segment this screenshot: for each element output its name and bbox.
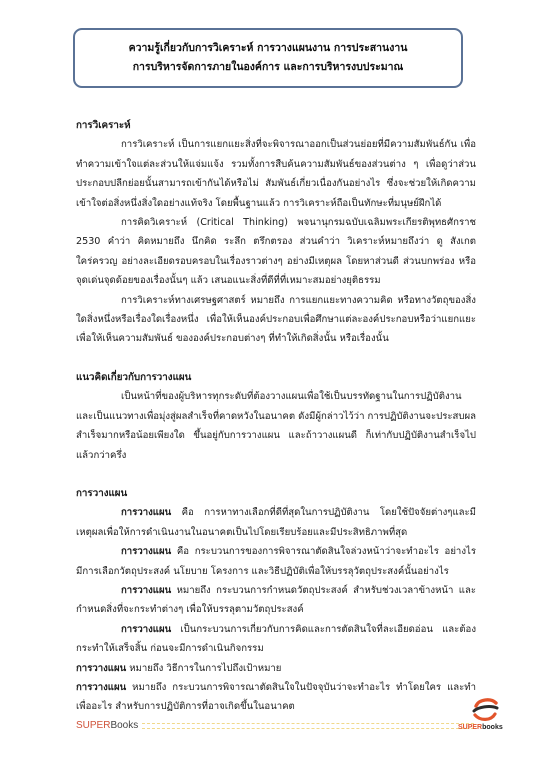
superbooks-logo-icon (470, 697, 500, 723)
logo-text-books: books (482, 724, 503, 731)
spacer (76, 349, 476, 368)
footer-brand-super: SUPER (76, 720, 110, 731)
definition-paragraph: การวางแผน คือ กระบวนการของการพิจารณาตัดส… (76, 542, 476, 581)
definition-paragraph: การวางแผน คือ การหาทางเลือกที่ดีที่สุดใน… (76, 503, 476, 542)
page-title-line-2: การบริหารจัดการภายในองค์การ และการบริหาร… (133, 58, 404, 77)
paragraph: การคิดวิเคราะห์ (Critical Thinking) พจนา… (76, 213, 476, 291)
logo-text-super: SUPER (458, 724, 482, 731)
definition-paragraph: การวางแผน หมายถึง กระบวนการพิจารณาตัดสิน… (76, 678, 476, 717)
definition-paragraph: การวางแผน เป็นกระบวนการเกี่ยวกับการคิดแล… (76, 620, 476, 659)
footer-brand-books: Books (110, 720, 138, 731)
definition-text: หมายถึง กระบวนการพิจารณาตัดสินใจในปัจจุบ… (76, 682, 476, 712)
paragraph: การวิเคราะห์ทางเศรษฐศาสตร์ หมายถึง การแย… (76, 291, 476, 349)
document-body: การวิเคราะห์ การวิเคราะห์ เป็นการแยกแยะส… (76, 116, 476, 717)
definition-term: การวางแผน (76, 663, 126, 674)
section-heading-analysis: การวิเคราะห์ (76, 116, 476, 135)
paragraph: การวิเคราะห์ เป็นการแยกแยะสิ่งที่จะพิจาร… (76, 135, 476, 213)
definition-paragraph: การวางแผน หมายถึง กระบวนการกำหนดวัตถุประ… (76, 581, 476, 620)
definition-text: หมายถึง วิธีการในการไปถึงเป้าหมาย (126, 663, 281, 674)
definition-paragraph: การวางแผน หมายถึง วิธีการในการไปถึงเป้าห… (76, 659, 476, 678)
superbooks-logo-text: SUPERbooks (458, 724, 503, 731)
definition-term: การวางแผน (121, 585, 171, 596)
spacer (76, 465, 476, 484)
definition-term: การวางแผน (76, 682, 126, 693)
section-heading-planning: การวางแผน (76, 484, 476, 503)
paragraph: เป็นหน้าที่ของผู้บริหารทุกระดับที่ต้องวา… (76, 387, 476, 465)
footer-dashed-rule (142, 723, 474, 729)
page-title-line-1: ความรู้เกี่ยวกับการวิเคราะห์ การวางแผนงา… (129, 39, 408, 58)
definition-term: การวางแผน (121, 546, 171, 557)
definition-term: การวางแผน (121, 624, 171, 635)
section-heading-planning-concept: แนวคิดเกี่ยวกับการวางแผน (76, 368, 476, 387)
definition-term: การวางแผน (121, 507, 171, 518)
superbooks-logo: SUPERbooks (458, 697, 514, 737)
title-box: ความรู้เกี่ยวกับการวิเคราะห์ การวางแผนงา… (73, 28, 463, 88)
page-footer: SUPERBooks (76, 718, 474, 732)
